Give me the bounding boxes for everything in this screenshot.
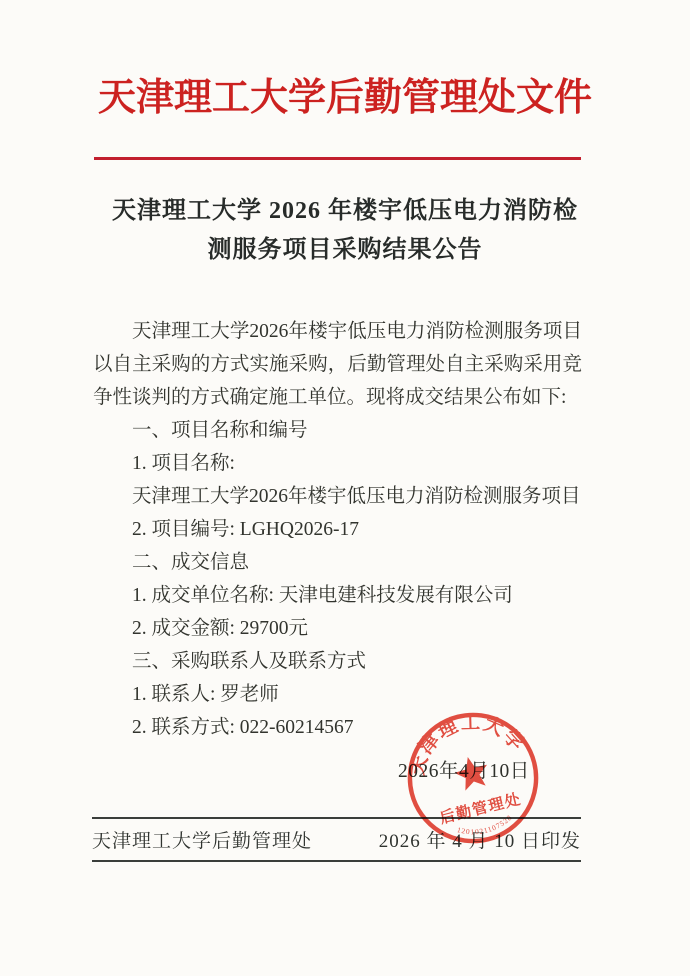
- section-3-heading: 三、采购联系人及联系方式: [93, 645, 582, 678]
- section-1-heading: 一、项目名称和编号: [93, 414, 582, 447]
- letterhead-divider: [94, 157, 581, 160]
- project-number: 2. 项目编号: LGHQ2026-17: [93, 513, 582, 546]
- intro-paragraph: 天津理工大学2026年楼宇低压电力消防检测服务项目以自主采购的方式实施采购，后勤…: [93, 315, 582, 414]
- star-icon: [451, 753, 491, 792]
- footer-issuer: 天津理工大学后勤管理处: [92, 826, 312, 853]
- project-name-label: 1. 项目名称:: [93, 447, 582, 480]
- contract-amount: 2. 成交金额: 29700元: [93, 612, 582, 645]
- section-2-heading: 二、成交信息: [93, 546, 582, 579]
- document-title-line1: 天津理工大学 2026 年楼宇低压电力消防检: [0, 192, 690, 231]
- project-name-value: 天津理工大学2026年楼宇低压电力消防检测服务项目: [93, 480, 582, 513]
- letterhead-title: 天津理工大学后勤管理处文件: [0, 76, 690, 122]
- letterhead: 天津理工大学后勤管理处文件: [0, 0, 690, 122]
- contact-person: 1. 联系人: 罗老师: [93, 678, 582, 711]
- document-body: 天津理工大学2026年楼宇低压电力消防检测服务项目以自主采购的方式实施采购，后勤…: [93, 315, 582, 744]
- document-title: 天津理工大学 2026 年楼宇低压电力消防检 测服务项目采购结果公告: [0, 192, 690, 270]
- official-seal-stamp: 天津理工大学 后勤管理处 1201021107528: [404, 709, 542, 847]
- winning-bidder: 1. 成交单位名称: 天津电建科技发展有限公司: [93, 579, 582, 612]
- document-title-line2: 测服务项目采购结果公告: [0, 231, 690, 270]
- document-page: 天津理工大学后勤管理处文件 天津理工大学 2026 年楼宇低压电力消防检 测服务…: [0, 0, 690, 976]
